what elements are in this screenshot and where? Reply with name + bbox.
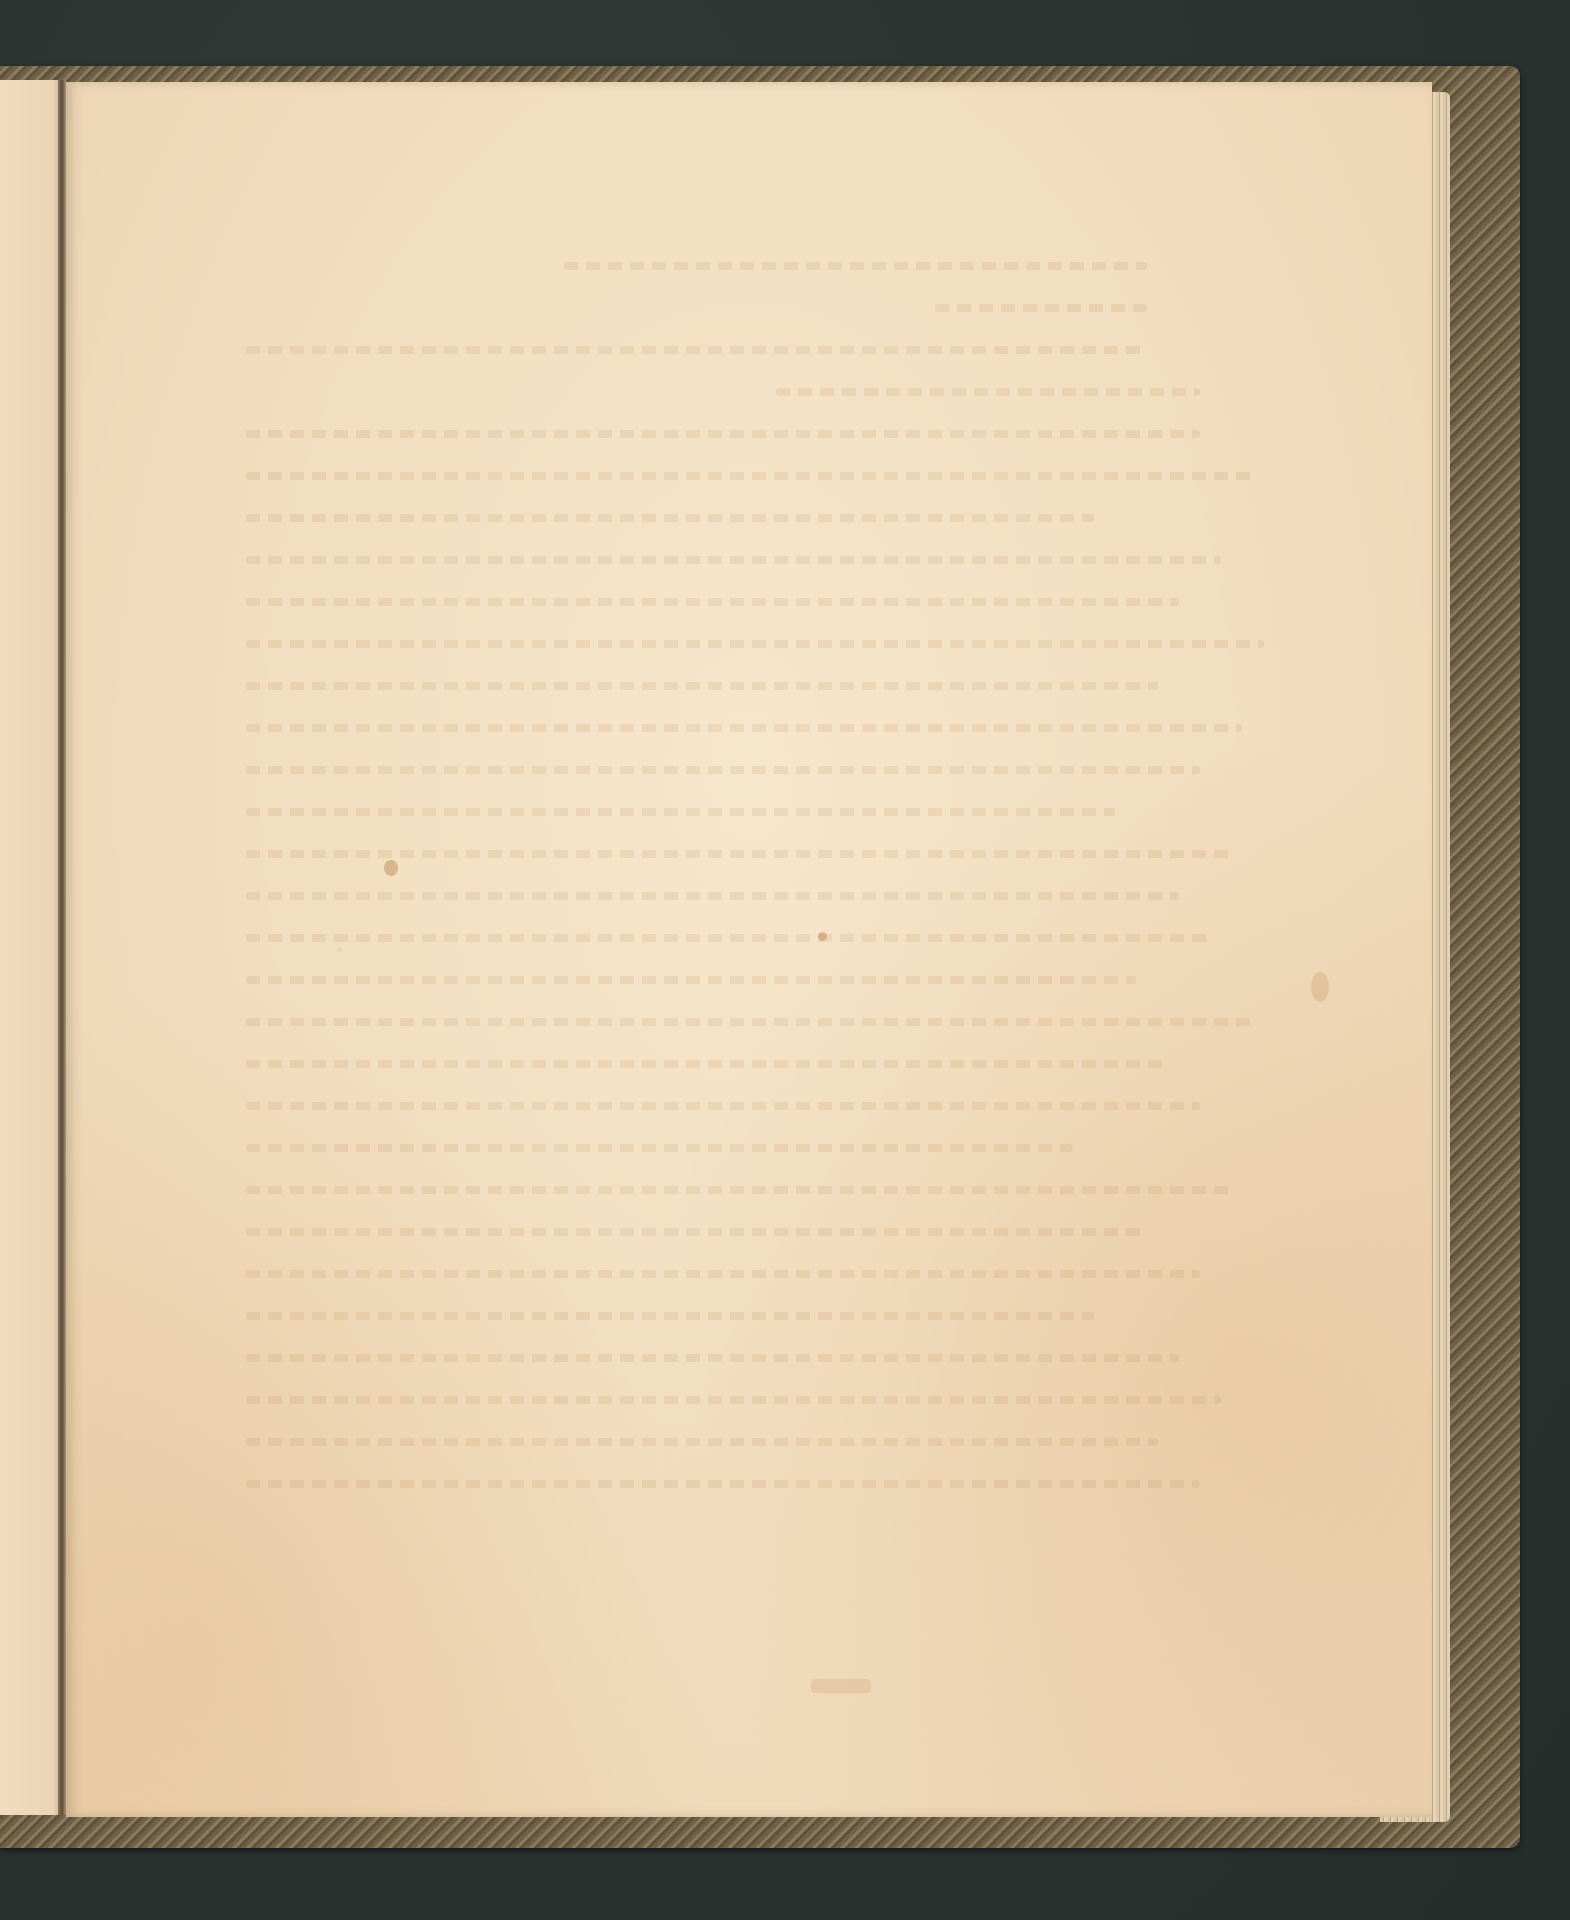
foxing-stain xyxy=(818,932,827,941)
foxing-stain xyxy=(384,860,398,876)
foxing-stain xyxy=(1311,972,1329,1002)
previous-page-sliver xyxy=(0,80,62,1815)
book-gutter xyxy=(58,80,66,1815)
blank-book-page xyxy=(66,82,1432,1817)
faint-page-number xyxy=(811,1679,871,1693)
faint-offset-text xyxy=(246,262,1306,1812)
